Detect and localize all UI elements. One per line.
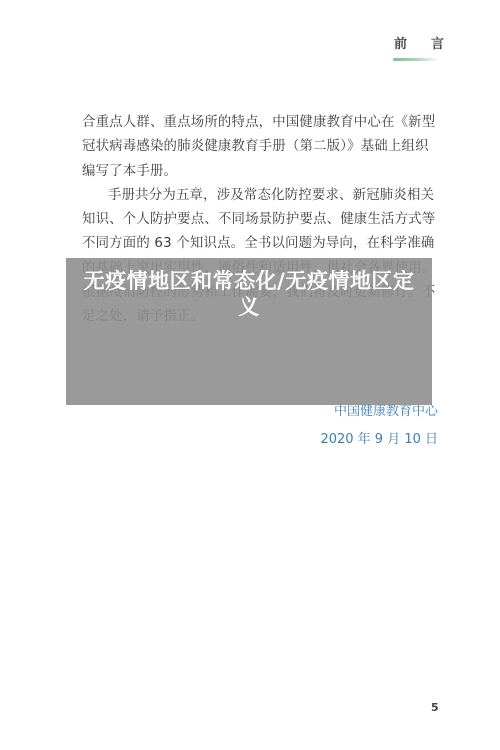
- signature-date: 2020 年 9 月 10 日: [320, 426, 438, 454]
- title-overlay-banner: 无疫情地区和常态化/无疫情地区定义: [66, 258, 432, 405]
- overlay-title: 无疫情地区和常态化/无疫情地区定义: [76, 268, 422, 320]
- paragraph-1: 合重点人群、重点场所的特点，中国健康教育中心在《新型冠状病毒感染的肺炎健康教育手…: [82, 111, 438, 184]
- signature-block: 中国健康教育中心 2020 年 9 月 10 日: [320, 398, 438, 454]
- heading-char-2: 言: [431, 33, 444, 52]
- page-heading: 前 言: [394, 33, 444, 52]
- heading-char-1: 前: [394, 33, 407, 52]
- heading-underline: [393, 58, 439, 61]
- page-number: 5: [431, 701, 439, 714]
- document-page: 前 言 合重点人群、重点场所的特点，中国健康教育中心在《新型冠状病毒感染的肺炎健…: [0, 0, 500, 750]
